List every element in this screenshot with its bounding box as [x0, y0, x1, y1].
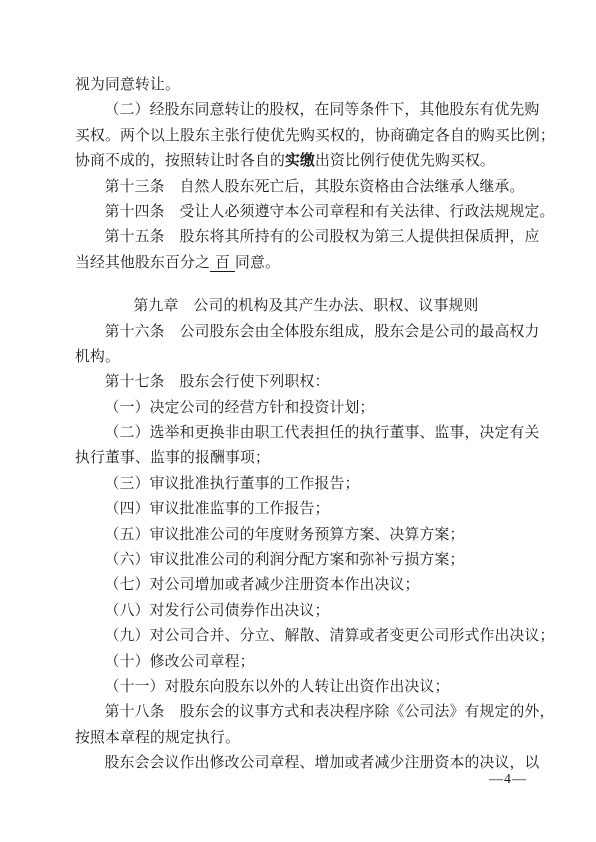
- article-13-line: 第十三条 自然人股东死亡后，其股东资格由合法继承人继承。: [75, 175, 537, 200]
- blank-line: [75, 276, 537, 294]
- body-line: 协商不成的，按照转让时各自的实缴出资比例行使优先购买权。: [75, 149, 537, 174]
- body-line: 视为同意转让。: [75, 73, 537, 98]
- page-number: —4—: [489, 772, 527, 788]
- list-item-11: （十一）对股东向股东以外的人转让出资作出决议；: [75, 675, 537, 700]
- body-line: （二）经股东同意转让的股权，在同等条件下，其他股东有优先购: [75, 98, 537, 123]
- body-text: 协商不成的，按照转让时各自的: [75, 153, 285, 169]
- body-line: 执行董事、监事的报酬事项；: [75, 446, 537, 471]
- body-line: 当经其他股东百分之百同意。: [75, 251, 537, 276]
- list-item-7: （七）对公司增加或者减少注册资本作出决议；: [75, 573, 537, 598]
- list-item-10: （十）修改公司章程；: [75, 650, 537, 675]
- body-line: 股东会会议作出修改公司章程、增加或者减少注册资本的决议，以: [75, 751, 537, 776]
- body-text: 同意。: [235, 255, 280, 271]
- list-item-8: （八）对发行公司债券作出决议；: [75, 599, 537, 624]
- body-line: 买权。两个以上股东主张行使优先购买权的，协商确定各自的购买比例；: [75, 124, 537, 149]
- body-text: 当经其他股东百分之: [75, 255, 210, 271]
- article-16-line: 第十六条 公司股东会由全体股东组成，股东会是公司的最高权力: [75, 320, 537, 345]
- body-line: 机构。: [75, 345, 537, 370]
- article-15-line: 第十五条 股东将其所持有的公司股权为第三人提供担保质押，应: [75, 225, 537, 250]
- list-item-6: （六）审议批准公司的利润分配方案和弥补亏损方案；: [75, 548, 537, 573]
- list-item-4: （四）审议批准监事的工作报告；: [75, 497, 537, 522]
- body-line: 按照本章程的规定执行。: [75, 726, 537, 751]
- body-text: 出资比例行使优先购买权。: [315, 153, 495, 169]
- list-item-2: （二）选举和更换非由职工代表担任的执行董事、监事，决定有关: [75, 421, 537, 446]
- chapter-heading: 第九章 公司的机构及其产生办法、职权、议事规则: [75, 294, 537, 319]
- underlined-blank: 百: [210, 255, 235, 272]
- document-body: 视为同意转让。 （二）经股东同意转让的股权，在同等条件下，其他股东有优先购 买权…: [75, 73, 537, 777]
- document-page: 视为同意转让。 （二）经股东同意转让的股权，在同等条件下，其他股东有优先购 买权…: [0, 0, 596, 842]
- list-item-9: （九）对公司合并、分立、解散、清算或者变更公司形式作出决议；: [75, 624, 537, 649]
- article-18-line: 第十八条 股东会的议事方式和表决程序除《公司法》有规定的外，: [75, 700, 537, 725]
- list-item-1: （一）决定公司的经营方针和投资计划；: [75, 396, 537, 421]
- article-17-line: 第十七条 股东会行使下列职权：: [75, 370, 537, 395]
- article-14-line: 第十四条 受让人必须遵守本公司章程和有关法律、行政法规规定。: [75, 200, 537, 225]
- list-item-3: （三）审议批准执行董事的工作报告；: [75, 472, 537, 497]
- bold-text: 实缴: [285, 153, 315, 169]
- list-item-5: （五）审议批准公司的年度财务预算方案、决算方案；: [75, 523, 537, 548]
